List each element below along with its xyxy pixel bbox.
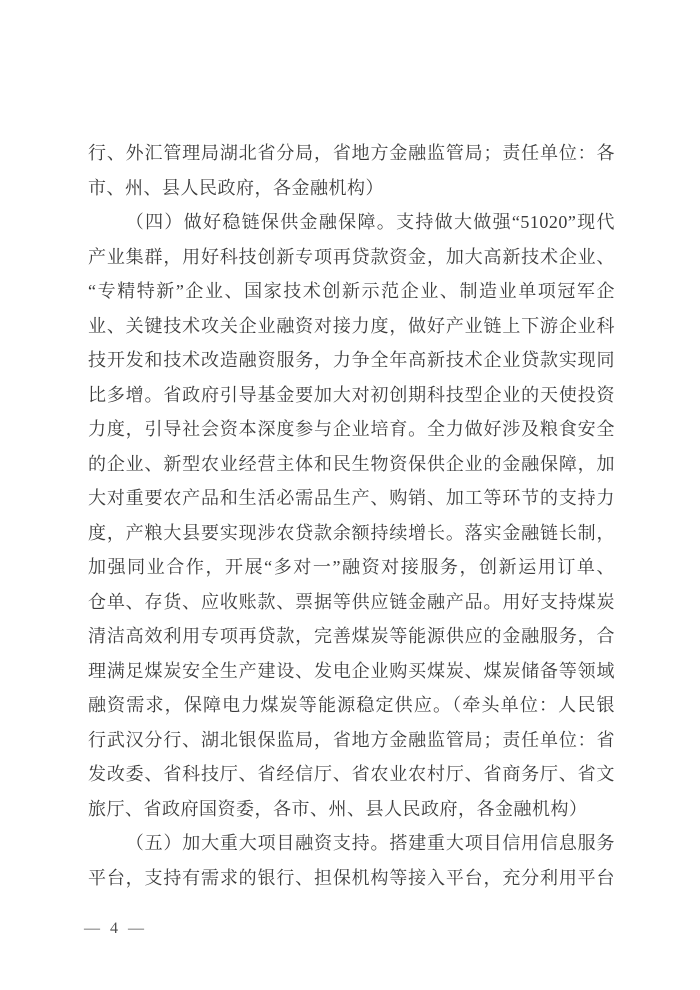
text-line: 加强同业合作，开展“多对一”融资对接服务，创新运用订单、 — [88, 550, 615, 585]
text-line: 市、州、县人民政府，各金融机构） — [88, 171, 615, 206]
page-number: — 4 — — [84, 918, 147, 940]
text-line: 行武汉分行、湖北银保监局，省地方金融监管局；责任单位：省 — [88, 723, 615, 758]
text-line: 比多增。省政府引导基金要加大对初创期科技型企业的天使投资 — [88, 378, 615, 413]
text-line: （四）做好稳链保供金融保障。支持做大做强“51020”现代 — [88, 205, 615, 240]
text-line: 产业集群，用好科技创新专项再贷款资金，加大高新技术企业、 — [88, 240, 615, 275]
document-page: 行、外汇管理局湖北省分局，省地方金融监管局；责任单位：各市、州、县人民政府，各金… — [0, 0, 700, 990]
document-body: 行、外汇管理局湖北省分局，省地方金融监管局；责任单位：各市、州、县人民政府，各金… — [88, 136, 615, 895]
text-line: 度，产粮大县要实现涉农贷款余额持续增长。落实金融链长制， — [88, 516, 615, 551]
text-line: 的企业、新型农业经营主体和民生物资保供企业的金融保障，加 — [88, 447, 615, 482]
text-line: 理满足煤炭安全生产建设、发电企业购买煤炭、煤炭储备等领域 — [88, 654, 615, 689]
text-line: 旅厅、省政府国资委，各市、州、县人民政府，各金融机构） — [88, 792, 615, 827]
text-line: 发改委、省科技厅、省经信厅、省农业农村厅、省商务厅、省文 — [88, 757, 615, 792]
text-line: （五）加大重大项目融资支持。搭建重大项目信用信息服务 — [88, 826, 615, 861]
text-line: 清洁高效利用专项再贷款，完善煤炭等能源供应的金融服务，合 — [88, 619, 615, 654]
text-line: 平台，支持有需求的银行、担保机构等接入平台，充分利用平台 — [88, 861, 615, 896]
text-line: 行、外汇管理局湖北省分局，省地方金融监管局；责任单位：各 — [88, 136, 615, 171]
text-line: “专精特新”企业、国家技术创新示范企业、制造业单项冠军企 — [88, 274, 615, 309]
text-line: 力度，引导社会资本深度参与企业培育。全力做好涉及粮食安全 — [88, 412, 615, 447]
text-line: 仓单、存货、应收账款、票据等供应链金融产品。用好支持煤炭 — [88, 585, 615, 620]
text-line: 业、关键技术攻关企业融资对接力度，做好产业链上下游企业科 — [88, 309, 615, 344]
text-line: 技开发和技术改造融资服务，力争全年高新技术企业贷款实现同 — [88, 343, 615, 378]
text-line: 大对重要农产品和生活必需品生产、购销、加工等环节的支持力 — [88, 481, 615, 516]
text-line: 融资需求，保障电力煤炭等能源稳定供应。（牵头单位：人民银 — [88, 688, 615, 723]
